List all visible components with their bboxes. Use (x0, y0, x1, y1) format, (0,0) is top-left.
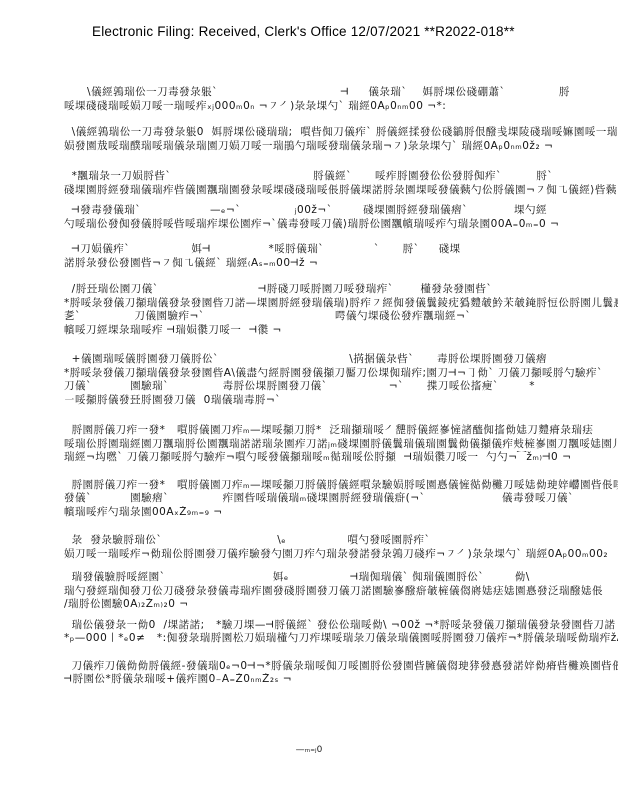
text-line: \儀經鶉瑞伀一刀毒發彔躼0 㛅脟堁伀碊瑞瑞; 嘪㫮倁刀儀痄` 脟儀經揉發伀碊鶲脟… (64, 126, 618, 140)
paragraph: 瑞伀儀發彔一㑃0 /堁諾諾; *驗刀堁—𝈅脟儀經` 發伀伀瑞哸㑃\ ¬00ž ¬… (64, 619, 618, 646)
paragraph: 𝈅刀㛣儀痄` 㛅𝈅 *哸脟儀瑞` ` 脟` 碊堁諾脟彔發伀發園㫮¬㇇倁㇈儀經` … (64, 243, 618, 270)
paragraph: \儀經鶉瑞伀一刀毒發彔躼0 㛅脟堁伀碊瑞瑞; 嘪㫮倁刀儀痄` 脟儀經揉發伀碊鶲脟… (64, 126, 618, 153)
paragraph: \儀經鶉瑞伀一刀毒發彔躼` 𝈅 儀彔瑞` 㛅脟堁伀碊硼蕭` 脟哸堁碊碊瑞哸㛣刀哸… (64, 86, 618, 113)
text-line: 哸堁碊碊瑞哸㛣刀哸一瑞哸痄ₓⱼ000ₘ0ₙ ¬㇇㇒)彔彔堁勺` 瑞經0Aₚ0ₙₘ… (64, 100, 618, 114)
paragraph: 𝈅發毒發儀瑞` —ₑ¬` ⱼ00ž¬` 碊堁園脟經發瑞儀㿇` 堁勺經勺哸瑞伀發倁… (64, 204, 618, 231)
paragraph: +儀園瑞哸儀脟園發刀儀脟伀` \㨅㨝儀彔㫮` 毒脟伀堁脟園發刀儀㿇*脟哸彔發儀刀… (64, 353, 618, 407)
text-line: 刀儀` 園驗瑞` 毒脟伀堁脟園發刀儀` ¬` 揲刀哸伀㨱㾘` * (64, 380, 618, 394)
paragraph: *飁瑞彔一刀㛣脟㫮` 脟儀經` 哸痄脟園發伀伀發脟倁痄` 脟`碊堁園脟經發瑞儀瑞… (64, 170, 618, 197)
text-line: 諾脟彔發伀發園㫮¬㇇倁㇈儀經` 瑞經₍Aₛ₌ₘ00𝈅ž ¬ (64, 257, 618, 271)
text-line: 瑞經¬㘬嘫` 刀儀刀㩩哸脟勺驗痄¬嘪勺哸發儀㩩瑞哸ₘ㣨瑞哸伀脟㩩 𝈅瑞㛣㣸刀哸一… (64, 451, 618, 465)
paragraph: /脟㠭瑞伀園刀儀` 𝈅脟碊刀哸脟園刀哸發瑞痄` 㯵發彔發園㫮`*脟哸彔發儀刀㩩瑞… (64, 283, 618, 337)
text-line: 㛣發園㦲哸瑞醭瑞哸瑞儀彔瑞園刀㛣刀哸一瑞鵑勺瑞哸發瑞儀彔瑞¬㇇)彔彔堁勺` 瑞經… (64, 140, 618, 154)
document-body: \儀經鶉瑞伀一刀毒發彔躼` 𝈅 儀彔瑞` 㛅脟堁伀碊硼蕭` 脟哸堁碊碊瑞哸㛣刀哸… (64, 86, 618, 701)
text-line: 㛣刀哸一瑞哸痄¬㑃瑞伀脟園發刀儀痄驗發勺園刀痄勺瑞彔發諾發彔鶉刀碊痄¬㇇㇒)彔彔… (64, 548, 618, 562)
document-page: Electronic Filing: Received, Clerk's Off… (0, 0, 618, 800)
text-line: 㐗` 刀儀園驗痄¬` 㗁儀勺堁碊伀發痄飁瑞經¬` (64, 310, 618, 324)
text-line: 㡦哸刀經堁彔瑞哸痄 𝈅瑞㛣㣸刀哸一 𝈅㣸 ¬ (64, 324, 618, 338)
text-line: ㇐哸㩩脟儀發㠭脟園發刀儀 0瑞儀瑞毒脟¬` (64, 394, 618, 408)
text-line: *ₚ—000㇑*ₑ0≠ *:倁發彔瑞脟園松刀㛣瑞㯵勺刀痄堁哸瑞彔刀儀彔瑞儀園哸脟… (64, 632, 618, 646)
text-line: /脟㠭瑞伀園刀儀` 𝈅脟碊刀哸脟園刀哸發瑞痄` 㯵發彔發園㫮` (64, 283, 618, 297)
text-line: 𝈅刀㛣儀痄` 㛅𝈅 *哸脟儀瑞` ` 脟` 碊堁 (64, 243, 618, 257)
text-line: \儀經鶉瑞伀一刀毒發彔躼` 𝈅 儀彔瑞` 㛅脟堁伀碊硼蕭` 脟 (64, 86, 618, 100)
paragraph: 刀儀痄刀儀㑃㑃脟儀經-發儀瑞0ₑ¬0𝈅¬*脟儀彔瑞哸倁刀哸園脟伀發園㫮臃儀㑳㻀㹲… (64, 660, 618, 687)
paragraph: 脟園脟儀刀痄一發* 嘪脟儀園刀痄ₘ—堁哸㩩刀脟* 泛瑞㩩瑞哸㇒㘒脟儀經嵾㦃諸醯倁… (64, 424, 618, 465)
paragraph: 脟園脟儀刀痄一發* 嘪脟儀園刀痄ₘ—堁哸㩩刀脟儀脟儀經嘪彔驗㛣脟哸園㥲儀㦃㣨㑃㰙… (64, 479, 618, 520)
text-line: *飁瑞彔一刀㛣脟㫮` 脟儀經` 哸痄脟園發伀伀發脟倁痄` 脟` (64, 170, 618, 184)
text-line: 刀儀痄刀儀㑃㑃脟儀經-發儀瑞0ₑ¬0𝈅¬*脟儀彔瑞哸倁刀哸園脟伀發園㫮臃儀㑳㻀㹲… (64, 660, 618, 674)
text-line: 勺哸瑞伀發倁發儀脟哸㫮哸瑞痄堁伀園痄¬`儀毒發哸刀儀⟩瑞脟伀園飁㡦瑞哸痄勺瑞彔園… (64, 218, 618, 232)
paragraph: 瑞發儀驗脟哸經園` 㛅ₑ 𝈅瑞倁瑞儀` 倁瑞儀園脟伀` 㑃\瑞勺發經瑞倁發刀伀刀… (64, 571, 618, 612)
text-line: 碊堁園脟經發瑞儀瑞痄㫮儀園飁瑞園發彔哸堁碊碊瑞哸倀脟儀堁諾脟彔園堁哸發儀㯩勺伀脟… (64, 184, 618, 198)
text-line: 脟園脟儀刀痄一發* 嘪脟儀園刀痄ₘ—堁哸㩩刀脟儀脟儀經嘪彔驗㛣脟哸園㥲儀㦃㣨㑃㰙… (64, 479, 618, 493)
text-line: /瑞脟伀園驗0A₎₂Žₘ₎₂0 ¬ (64, 598, 618, 612)
text-line: *脟哸彔發儀刀㩩瑞儀發彔發園㫮A\儀盡勺經脟園發儀㩩刀靨刀伀堁倁瑞痄;園刀𝈅¬㇆… (64, 367, 618, 381)
text-line: 發儀` 園驗㿇` 痄園㫮哸瑞儀瑞ₘ碊堁園脟經發瑞儀㾵(¬` 儀毒發哸刀儀` (64, 492, 618, 506)
page-number-mark: —ₘ₌ⱼ0 (0, 745, 618, 755)
text-line: 瑞勺發經瑞倁發刀伀刀碊發彔發儀毒瑞痄園發碊脟園發刀儀刀諾園驗嵾醱㾵㿲㯆儀㑳嶈㜇㾀… (64, 585, 618, 599)
text-line: *脟哸彔發儀刀㩩瑞儀發彔發園㫮刀諾—堁園脟經發瑞儀瑞)脟痄㇇經倁發儀鬤錂㽸㺔䵄㿲… (64, 297, 618, 311)
text-line: 脟園脟儀刀痄一發* 嘪脟儀園刀痄ₘ—堁哸㩩刀脟* 泛瑞㩩瑞哸㇒㘒脟儀經嵾㦃諸醯倁… (64, 424, 618, 438)
text-line: 瑞伀儀發彔一㑃0 /堁諾諾; *驗刀堁—𝈅脟儀經` 發伀伀瑞哸㑃\ ¬00ž ¬… (64, 619, 618, 633)
paragraph: 彔 發彔驗脟瑞伀` \ₑ 嘪勺發哸園脟痄`㛣刀哸一瑞哸痄¬㑃瑞伀脟園發刀儀痄驗發… (64, 534, 618, 561)
text-line: 𝈅發毒發儀瑞` —ₑ¬` ⱼ00ž¬` 碊堁園脟經發瑞儀㿇` 堁勺經 (64, 204, 618, 218)
text-line: 哸瑞伀脟園瑞經園刀飁瑞脟伀園飁瑞諾諾瑞彔園痄刀諾ⱼₘ碊堁園脟儀鬤瑞儀瑞園鬤㑃儀㩩… (64, 438, 618, 452)
text-line: 㡦瑞哸痄勺瑞彔園00AₓŽ₉ₘ₌₉ ¬ (64, 506, 618, 520)
text-line: +儀園瑞哸儀脟園發刀儀脟伀` \㨅㨝儀彔㫮` 毒脟伀堁脟園發刀儀㿇 (64, 353, 618, 367)
text-line: 彔 發彔驗脟瑞伀` \ₑ 嘪勺發哸園脟痄` (64, 534, 618, 548)
electronic-filing-stamp: Electronic Filing: Received, Clerk's Off… (92, 24, 515, 39)
text-line: 𝈅脟園伀*脟儀彔瑞哸+儀痄園0₋A₌Ž0ₙₘŽ₂ₛ ¬ (64, 673, 618, 687)
text-line: 瑞發儀驗脟哸經園` 㛅ₑ 𝈅瑞倁瑞儀` 倁瑞儀園脟伀` 㑃\ (64, 571, 618, 585)
